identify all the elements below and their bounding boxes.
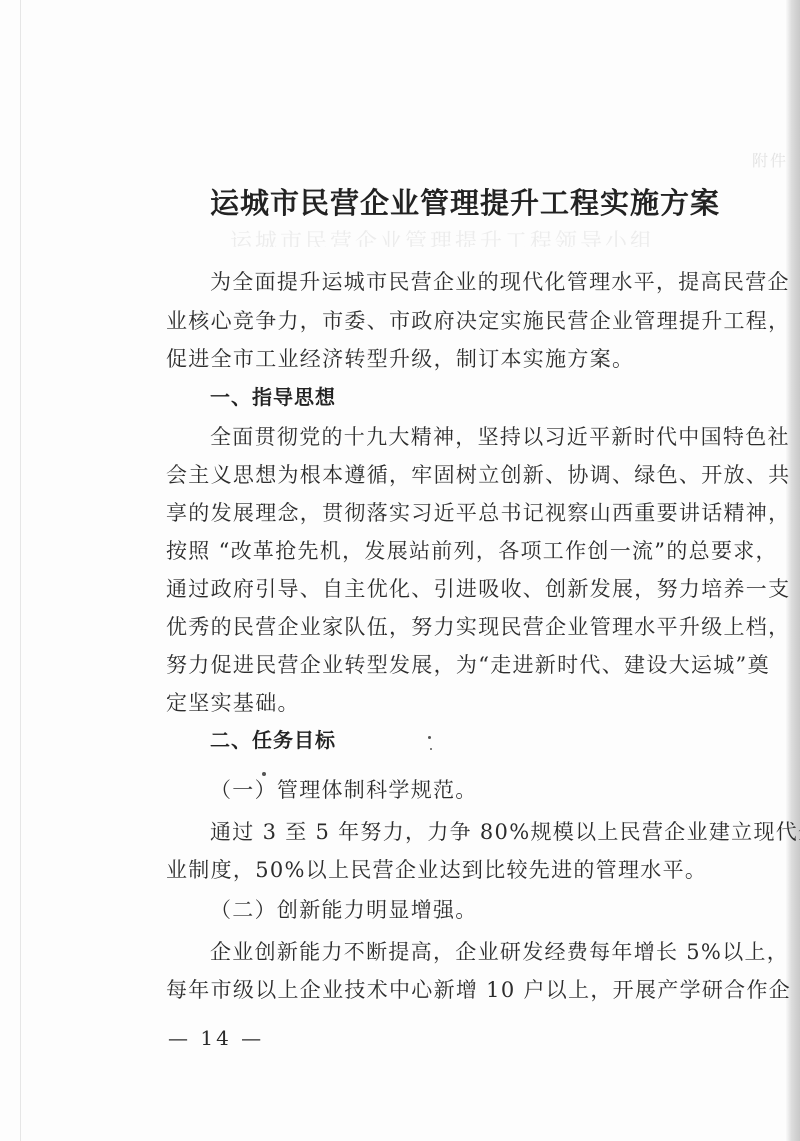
section-heading-task-goals: 二、任务目标 — [210, 726, 336, 754]
section1-line-1: 全面贯彻党的十九大精神，坚持以习近平新时代中国特色社 — [210, 423, 800, 451]
scan-speck — [430, 748, 432, 750]
section-heading-guiding-ideology: 一、指导思想 — [210, 383, 336, 411]
section1-line-6: 优秀的民营企业家队伍，努力实现民营企业管理水平升级上档， — [166, 613, 786, 641]
scan-speck — [262, 772, 266, 776]
scan-left-edge-line — [20, 0, 21, 1141]
subsection2-line-2: 每年市级以上企业技术中心新增 10 户以上，开展产学研合作企 — [166, 976, 786, 1004]
section1-line-5: 通过政府引导、自主优化、引进吸收、创新发展，努力培养一支 — [166, 575, 786, 603]
subsection1-line-2: 业制度，50%以上民营企业达到比较先进的管理水平。 — [166, 856, 786, 884]
section1-line-7: 努力促进民营企业转型发展，为“走进新时代、建设大运城”奠 — [166, 651, 786, 679]
intro-line-2: 业核心竞争力，市委、市政府决定实施民营企业管理提升工程， — [166, 307, 786, 335]
scan-right-edge-shadow — [786, 0, 800, 1141]
section1-line-3: 享的发展理念，贯彻落实习近平总书记视察山西重要讲话精神， — [166, 499, 786, 527]
scan-speck — [428, 736, 431, 739]
intro-line-3: 促进全市工业经济转型升级，制订本实施方案。 — [166, 345, 786, 373]
subsection-heading-management-system: （一）管理体制科学规范。 — [210, 776, 478, 804]
subsection-heading-innovation: （二）创新能力明显增强。 — [210, 896, 478, 924]
section1-line-4: 按照 “改革抢先机，发展站前列，各项工作创一流”的总要求， — [166, 537, 786, 565]
section1-line-2: 会主义思想为根本遵循，牢固树立创新、协调、绿色、开放、共 — [166, 461, 786, 489]
subsection1-line-1: 通过 3 至 5 年努力，力争 80%规模以上民营企业建立现代企 — [210, 818, 800, 846]
subsection2-line-1: 企业创新能力不断提高，企业研发经费每年增长 5%以上， — [210, 938, 800, 966]
attachment-mark-bleed: 附件 — [752, 148, 788, 171]
bleed-through-text: 运城市民营企业管理提升工程领导小组 — [230, 225, 700, 247]
page-number: — 14 — — [168, 1026, 264, 1050]
intro-line-1: 为全面提升运城市民营企业的现代化管理水平，提高民营企 — [210, 268, 800, 296]
document-title: 运城市民营企业管理提升工程实施方案 — [210, 181, 740, 222]
section1-line-8: 定坚实基础。 — [166, 689, 786, 717]
